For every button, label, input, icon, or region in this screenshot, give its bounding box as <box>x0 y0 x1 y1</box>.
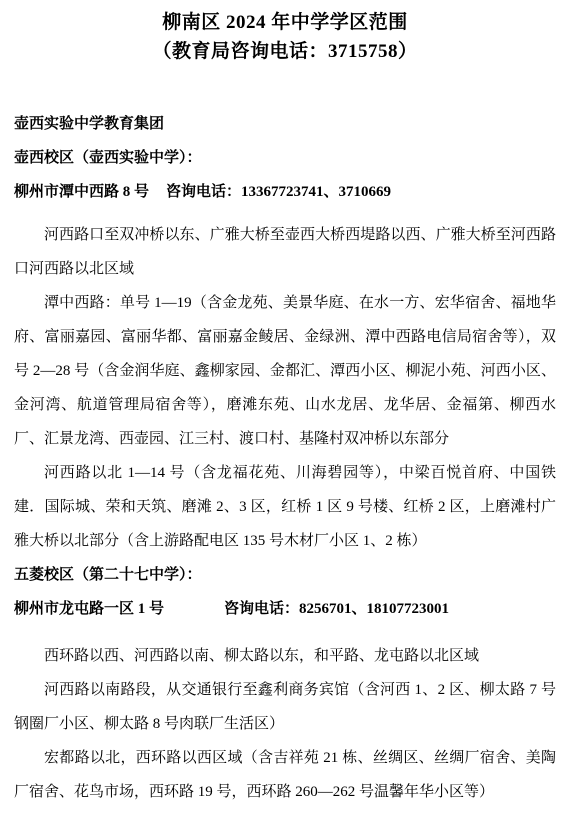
page-subtitle: （教育局咨询电话：3715758） <box>14 37 556 66</box>
education-group-heading: 壶西实验中学教育集团 <box>14 108 556 141</box>
wuling-hongdu-road-north-paragraph: 宏都路以北，西环路以西区域（含吉祥苑 21 栋、丝绸区、丝绸厂宿舍、美陶厂宿舍、… <box>14 741 556 809</box>
huxi-tanzhong-west-road-paragraph: 潭中西路：单号 1—19（含金龙苑、美景华庭、在水一方、宏华宿舍、福地华府、富丽… <box>14 286 556 456</box>
wuling-district-boundary-paragraph: 西环路以西、河西路以南、柳太路以东，和平路、龙屯路以北区域 <box>14 639 556 673</box>
campus-address-huxi: 柳州市潭中西路 8 号 <box>14 184 149 200</box>
page-title: 柳南区 2024 年中学学区范围 <box>14 8 556 37</box>
campus-address-wuling: 柳州市龙屯路一区 1 号 <box>14 601 164 617</box>
campus-phone-wuling: 咨询电话：8256701、18107723001 <box>224 601 449 617</box>
address-line-wuling: 柳州市龙屯路一区 1 号咨询电话：8256701、18107723001 <box>14 592 556 626</box>
huxi-hexi-road-north-paragraph: 河西路以北 1—14 号（含龙福花苑、川海碧园等），中梁百悦首府、中国铁建．国际… <box>14 456 556 558</box>
campus-heading-wuling: 五菱校区（第二十七中学）： <box>14 558 556 592</box>
document: 柳南区 2024 年中学学区范围 （教育局咨询电话：3715758） 壶西实验中… <box>0 0 570 809</box>
campus-heading-huxi: 壶西校区（壶西实验中学）： <box>14 141 556 175</box>
wuling-hexi-road-south-paragraph: 河西路以南路段，从交通银行至鑫利商务宾馆（含河西 1、2 区、柳太路 7 号钢圈… <box>14 673 556 741</box>
campus-phone-huxi: 咨询电话：13367723741、3710669 <box>166 184 391 200</box>
address-line-huxi: 柳州市潭中西路 8 号咨询电话：13367723741、3710669 <box>14 175 556 209</box>
huxi-district-boundary-paragraph: 河西路口至双冲桥以东、广雅大桥至壶西大桥西堤路以西、广雅大桥至河西路口河西路以北… <box>14 218 556 286</box>
